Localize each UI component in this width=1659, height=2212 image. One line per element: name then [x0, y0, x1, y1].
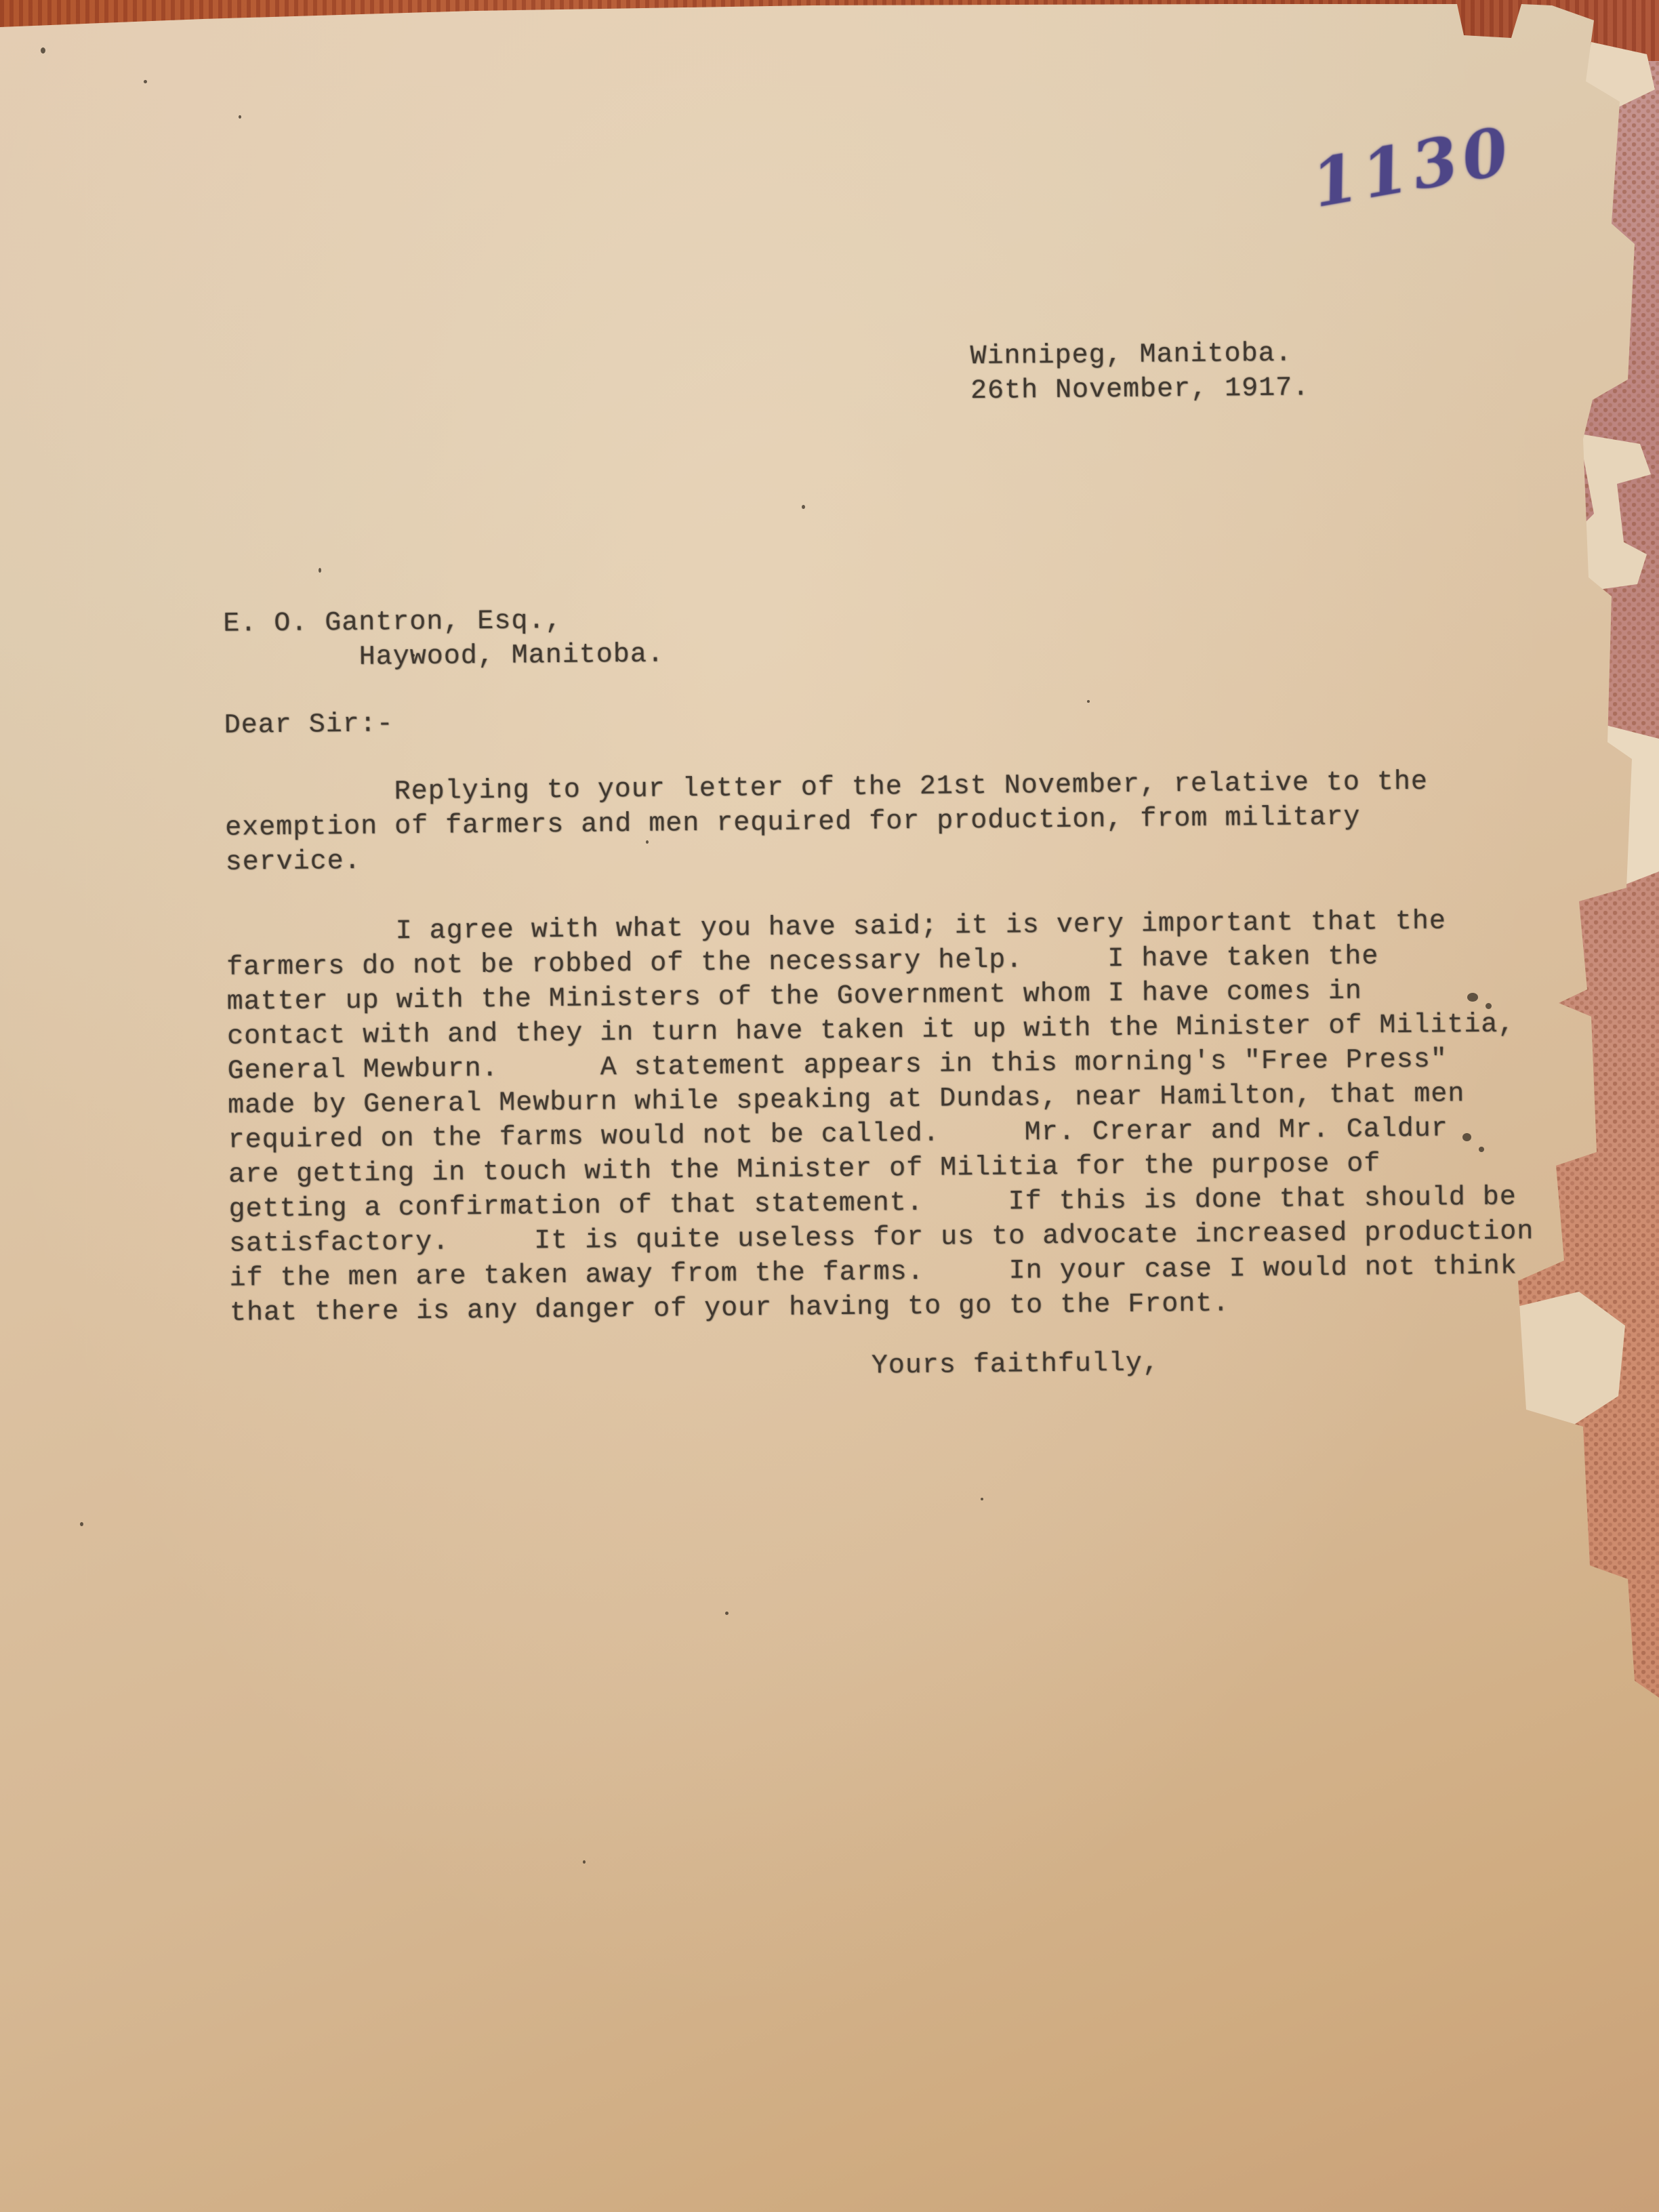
paper-speck	[80, 1522, 83, 1526]
letterhead-block: Winnipeg, Manitoba. 26th November, 1917.	[970, 336, 1309, 409]
closing-line: Yours faithfully,	[872, 1346, 1160, 1383]
letter-date: 26th November, 1917.	[970, 371, 1310, 409]
photographed-letter-page: 1130 Winnipeg, Manitoba. 26th November, …	[0, 0, 1659, 2212]
paragraph-1: Replying to your letter of the 21st Nove…	[224, 765, 1429, 880]
paragraph-2: I agree with what you have said; it is v…	[226, 903, 1534, 1330]
paper-speck	[319, 568, 321, 573]
salutation: Dear Sir:-	[224, 707, 394, 743]
recipient-block: E. O. Gantron, Esq., Haywood, Manitoba.	[223, 602, 664, 676]
paper-speck	[725, 1612, 729, 1615]
paper-speck	[1467, 993, 1478, 1002]
paper-speck	[583, 1860, 586, 1864]
paper-speck	[981, 1498, 983, 1500]
recipient-name: E. O. Gantron, Esq.,	[223, 602, 664, 641]
paper-speck	[239, 115, 241, 119]
letter-content: Winnipeg, Manitoba. 26th November, 1917.…	[0, 0, 1659, 2212]
paper-speck	[1462, 1133, 1471, 1141]
paper-speck	[144, 80, 147, 83]
paper-speck	[646, 840, 649, 844]
paper-speck	[1479, 1147, 1484, 1152]
paper-speck	[1087, 700, 1090, 703]
paper-speck	[412, 654, 415, 657]
letter-sheet: 1130 Winnipeg, Manitoba. 26th November, …	[0, 0, 1659, 2212]
letter-place: Winnipeg, Manitoba.	[970, 336, 1309, 374]
recipient-address: Haywood, Manitoba.	[359, 637, 665, 674]
paper-speck	[1486, 1003, 1492, 1009]
paper-speck	[802, 505, 805, 509]
paper-speck	[41, 47, 45, 54]
